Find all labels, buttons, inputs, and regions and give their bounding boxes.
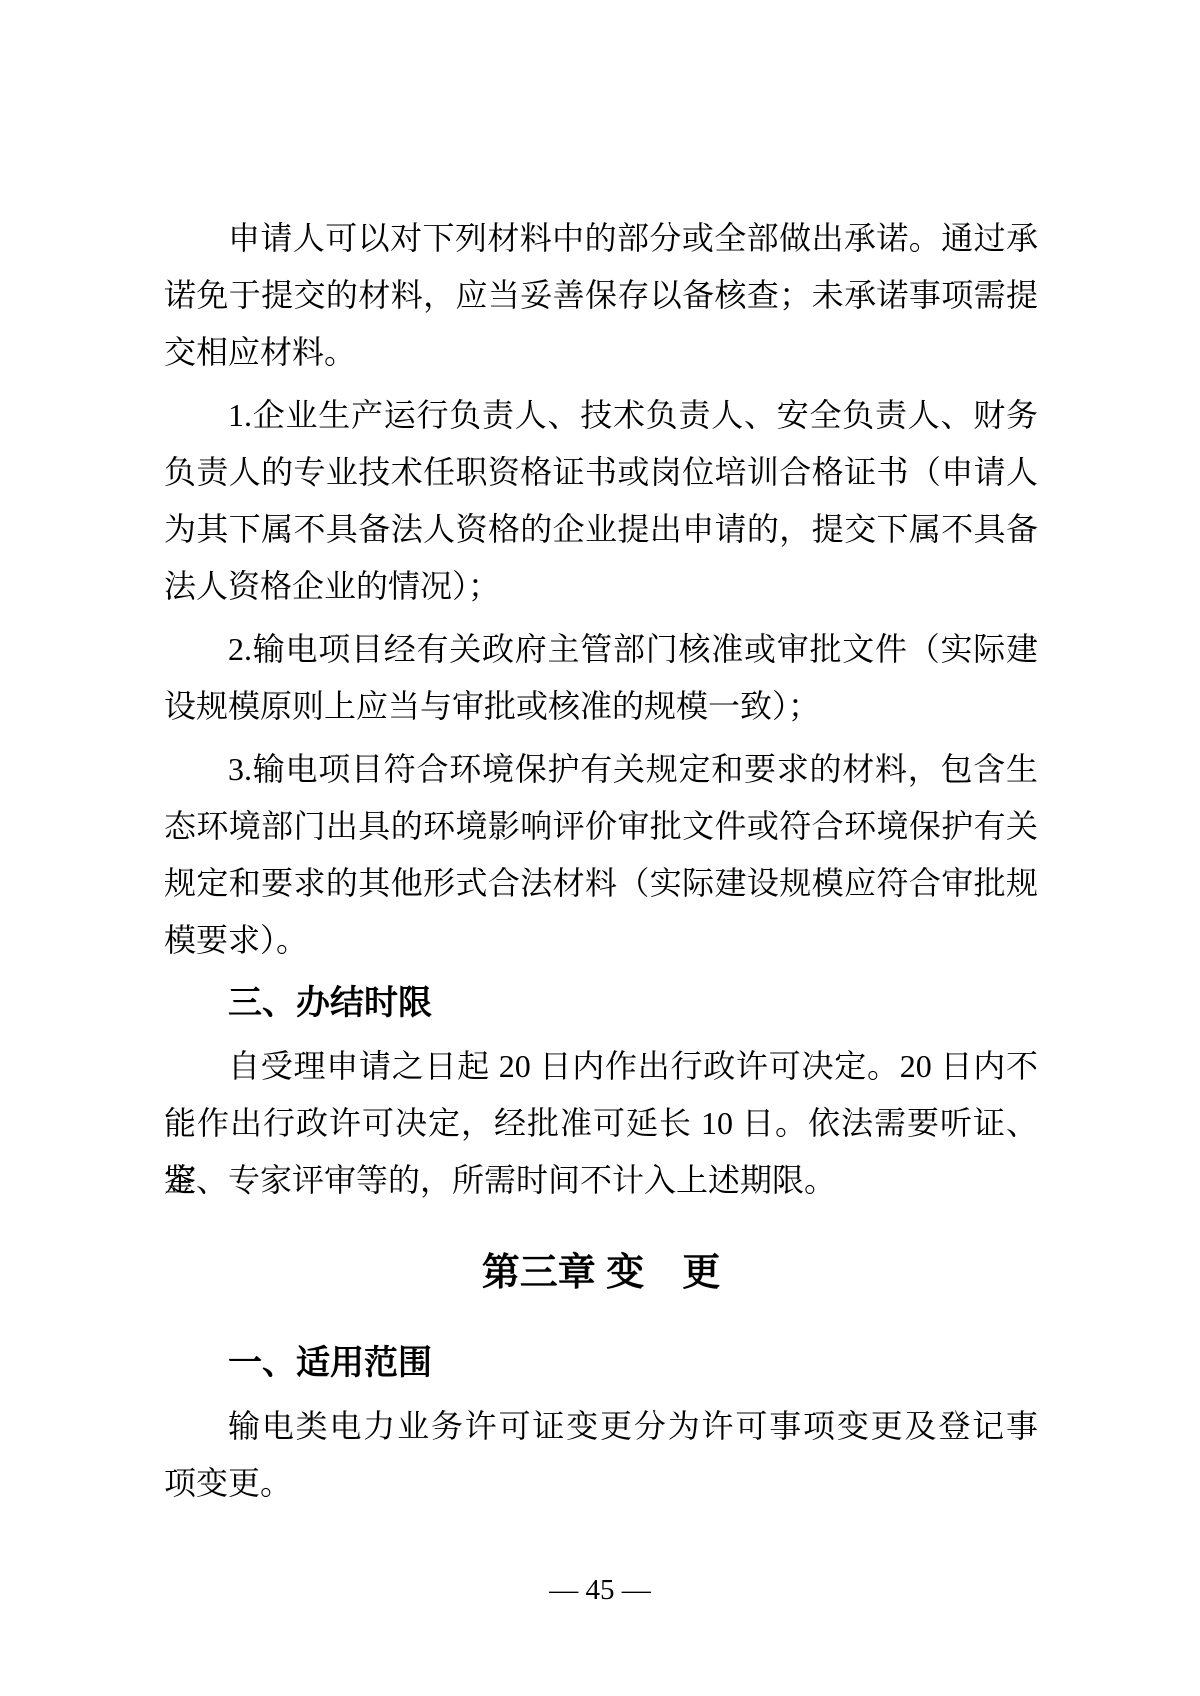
text-line: 项变更。 bbox=[164, 1455, 1038, 1512]
text-line: 设规模原则上应当与审批或核准的规模一致）； bbox=[164, 678, 1038, 735]
text-line: 3.输电项目符合环境保护有关规定和要求的材料，包含生 bbox=[164, 741, 1038, 798]
document-page: 申请人可以对下列材料中的部分或全部做出承诺。通过承诺免于提交的材料，应当妥善保存… bbox=[0, 0, 1200, 1696]
text-line: 申请人可以对下列材料中的部分或全部做出承诺。通过承 bbox=[164, 210, 1038, 267]
text-line: 法人资格企业的情况）； bbox=[164, 558, 1038, 615]
text-line: 2.输电项目经有关政府主管部门核准或审批文件（实际建 bbox=[164, 621, 1038, 678]
text-line: 诺免于提交的材料，应当妥善保存以备核查；未承诺事项需提 bbox=[164, 267, 1038, 324]
document-body: 申请人可以对下列材料中的部分或全部做出承诺。通过承诺免于提交的材料，应当妥善保存… bbox=[164, 210, 1038, 1518]
para-commitment-intro: 申请人可以对下列材料中的部分或全部做出承诺。通过承诺免于提交的材料，应当妥善保存… bbox=[164, 210, 1038, 381]
text-line: 交相应材料。 bbox=[164, 324, 1038, 381]
text-line: 输电类电力业务许可证变更分为许可事项变更及登记事 bbox=[164, 1398, 1038, 1455]
para-item-3: 3.输电项目符合环境保护有关规定和要求的材料，包含生态环境部门出具的环境影响评价… bbox=[164, 741, 1038, 969]
para-item-1: 1.企业生产运行负责人、技术负责人、安全负责人、财务负责人的专业技术任职资格证书… bbox=[164, 387, 1038, 615]
heading-completion-time-limit: 三、办结时限 bbox=[164, 975, 1038, 1032]
text-line: 能作出行政许可决定，经批准可延长 10 日。依法需要听证、鉴 bbox=[164, 1095, 1038, 1152]
text-line: 1.企业生产运行负责人、技术负责人、安全负责人、财务 bbox=[164, 387, 1038, 444]
para-item-2: 2.输电项目经有关政府主管部门核准或审批文件（实际建设规模原则上应当与审批或核准… bbox=[164, 621, 1038, 735]
chapter-3-heading: 第三章 变 更 bbox=[164, 1241, 1038, 1305]
para-scope: 输电类电力业务许可证变更分为许可事项变更及登记事项变更。 bbox=[164, 1398, 1038, 1512]
text-line: 自受理申请之日起 20 日内作出行政许可决定。20 日内不 bbox=[164, 1038, 1038, 1095]
text-line: 模要求）。 bbox=[164, 912, 1038, 969]
page-number: — 45 — bbox=[549, 1574, 651, 1606]
text-line: 规定和要求的其他形式合法材料（实际建设规模应符合审批规 bbox=[164, 855, 1038, 912]
text-line: 负责人的专业技术任职资格证书或岗位培训合格证书（申请人 bbox=[164, 444, 1038, 501]
heading-scope: 一、适用范围 bbox=[164, 1335, 1038, 1392]
text-line: 态环境部门出具的环境影响评价审批文件或符合环境保护有关 bbox=[164, 798, 1038, 855]
para-time-limit: 自受理申请之日起 20 日内作出行政许可决定。20 日内不能作出行政许可决定，经… bbox=[164, 1038, 1038, 1209]
text-line: 为其下属不具备法人资格的企业提出申请的，提交下属不具备 bbox=[164, 501, 1038, 558]
page-footer: — 45 — bbox=[0, 1572, 1200, 1608]
text-line: 定、专家评审等的，所需时间不计入上述期限。 bbox=[164, 1152, 1038, 1209]
